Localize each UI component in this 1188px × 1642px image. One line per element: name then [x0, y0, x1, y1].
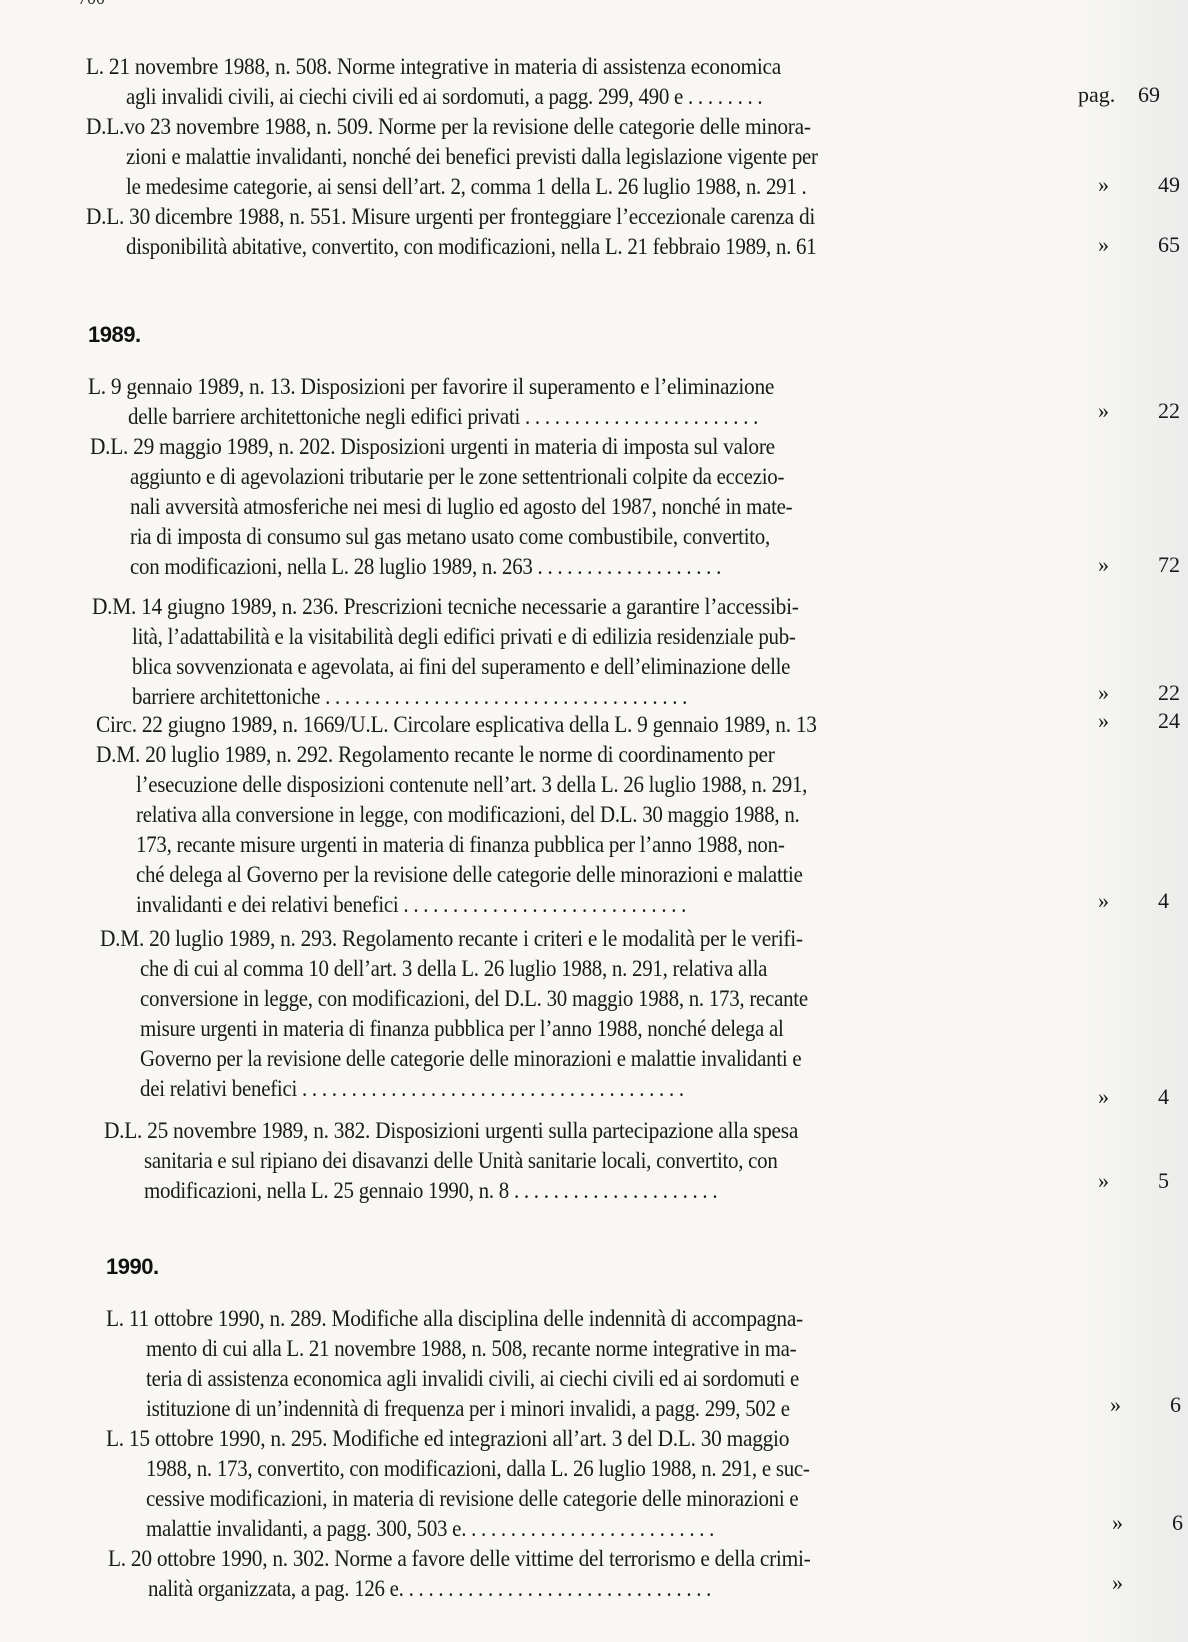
entry-line: D.L.vo 23 novembre 1988, n. 509. Norme p… — [86, 112, 1016, 142]
entry-line: dei relativi benefici . . . . . . . . . … — [100, 1074, 1010, 1104]
entry-line: D.M. 14 giugno 1989, n. 236. Prescrizion… — [92, 592, 1022, 622]
page-number: 700 — [78, 0, 105, 9]
entry-line: D.L. 29 maggio 1989, n. 202. Disposizion… — [90, 432, 1020, 462]
entry-line: L. 11 ottobre 1990, n. 289. Modifiche al… — [106, 1304, 1036, 1334]
index-entry: D.L. 29 maggio 1989, n. 202. Disposizion… — [90, 432, 1090, 582]
ref-mark: » — [1098, 708, 1158, 734]
ref-page: 65 — [1158, 232, 1180, 258]
index-entry: L. 9 gennaio 1989, n. 13. Disposizioni p… — [88, 372, 1088, 432]
index-entry: L. 20 ottobre 1990, n. 302. Norme a favo… — [108, 1544, 1108, 1604]
ref-mark: » — [1112, 1570, 1172, 1596]
entry-line: sanitaria e sul ripiano dei disavanzi de… — [104, 1146, 1014, 1176]
page-reference: »5 — [1098, 1168, 1169, 1194]
page-reference: »24 — [1098, 708, 1180, 734]
ref-page: 5 — [1158, 1168, 1169, 1194]
entry-line: Circ. 22 giugno 1989, n. 1669/U.L. Circo… — [96, 710, 1026, 740]
entry-line: zioni e malattie invalidanti, nonché dei… — [86, 142, 996, 172]
entry-line: D.M. 20 luglio 1989, n. 293. Regolamento… — [100, 924, 1030, 954]
page-reference: »6 — [1110, 1392, 1181, 1418]
entry-line: L. 9 gennaio 1989, n. 13. Disposizioni p… — [88, 372, 1018, 402]
section-heading-1989: 1989. — [88, 322, 141, 348]
entry-line: conversione in legge, con modificazioni,… — [100, 984, 1010, 1014]
entry-line: malattie invalidanti, a pagg. 300, 503 e… — [106, 1514, 1016, 1544]
entry-line: 1988, n. 173, convertito, con modificazi… — [106, 1454, 1016, 1484]
entry-line: che di cui al comma 10 dell’art. 3 della… — [100, 954, 1010, 984]
ref-page: 6 — [1170, 1392, 1181, 1418]
entry-line: D.L. 30 dicembre 1988, n. 551. Misure ur… — [86, 202, 1016, 232]
page-reference: »4 — [1098, 888, 1169, 914]
entry-line: blica sovvenzionata e agevolata, ai fini… — [92, 652, 1002, 682]
entry-line: relativa alla conversione in legge, con … — [96, 800, 1006, 830]
entry-line: D.L. 25 novembre 1989, n. 382. Disposizi… — [104, 1116, 1034, 1146]
ref-mark: » — [1098, 172, 1158, 198]
entry-line: delle barriere architettoniche negli edi… — [88, 402, 998, 432]
ref-mark: » — [1112, 1510, 1172, 1536]
ref-mark: pag. — [1078, 82, 1138, 108]
page-reference: »22 — [1098, 680, 1180, 706]
entry-line: L. 15 ottobre 1990, n. 295. Modifiche ed… — [106, 1424, 1036, 1454]
entry-line: barriere architettoniche . . . . . . . .… — [92, 682, 1002, 712]
entry-line: invalidanti e dei relativi benefici . . … — [96, 890, 1006, 920]
page-reference: » — [1112, 1570, 1172, 1596]
entry-line: nalità organizzata, a pag. 126 e. . . . … — [108, 1574, 1018, 1604]
ref-page: 69 — [1138, 82, 1160, 108]
ref-mark: » — [1098, 1168, 1158, 1194]
ref-mark: » — [1098, 680, 1158, 706]
entry-line: nali avversità atmosferiche nei mesi di … — [90, 492, 1000, 522]
ref-page: 22 — [1158, 398, 1180, 424]
entry-line: misure urgenti in materia di finanza pub… — [100, 1014, 1010, 1044]
page-reference: »72 — [1098, 552, 1180, 578]
index-entry: D.M. 20 luglio 1989, n. 293. Regolamento… — [100, 924, 1100, 1104]
entry-line: lità, l’adattabilità e la visitabilità d… — [92, 622, 1002, 652]
ref-mark: » — [1098, 1084, 1158, 1110]
entry-line: cessive modificazioni, in materia di rev… — [106, 1484, 1016, 1514]
entry-line: aggiunto e di agevolazioni tributarie pe… — [90, 462, 1000, 492]
entry-line: L. 21 novembre 1988, n. 508. Norme integ… — [86, 52, 1016, 82]
index-entry: L. 11 ottobre 1990, n. 289. Modifiche al… — [106, 1304, 1106, 1424]
entry-line: ria di imposta di consumo sul gas metano… — [90, 522, 1000, 552]
ref-mark: » — [1110, 1392, 1170, 1418]
ref-page: 4 — [1158, 1084, 1169, 1110]
page-reference: »22 — [1098, 398, 1180, 424]
ref-page: 49 — [1158, 172, 1180, 198]
entry-line: disponibilità abitative, convertito, con… — [86, 232, 996, 262]
index-entry: D.L. 30 dicembre 1988, n. 551. Misure ur… — [86, 202, 1086, 262]
entry-line: D.M. 20 luglio 1989, n. 292. Regolamento… — [96, 740, 1026, 770]
ref-page: 22 — [1158, 680, 1180, 706]
index-entry: D.M. 14 giugno 1989, n. 236. Prescrizion… — [92, 592, 1092, 712]
page-reference: »4 — [1098, 1084, 1169, 1110]
page-reference: pag.69 — [1078, 82, 1160, 108]
entry-line: Governo per la revisione delle categorie… — [100, 1044, 1010, 1074]
index-entry: D.L.vo 23 novembre 1988, n. 509. Norme p… — [86, 112, 1086, 202]
entry-line: le medesime categorie, ai sensi dell’art… — [86, 172, 996, 202]
entry-line: ché delega al Governo per la revisione d… — [96, 860, 1006, 890]
index-entry: Circ. 22 giugno 1989, n. 1669/U.L. Circo… — [96, 710, 1096, 740]
ref-page: 6 — [1172, 1510, 1183, 1536]
entry-line: agli invalidi civili, ai ciechi civili e… — [86, 82, 996, 112]
index-entry: D.L. 25 novembre 1989, n. 382. Disposizi… — [104, 1116, 1104, 1206]
section-heading-1990: 1990. — [106, 1254, 159, 1280]
index-entry: L. 21 novembre 1988, n. 508. Norme integ… — [86, 52, 1086, 112]
page-reference: »65 — [1098, 232, 1180, 258]
entry-line: con modificazioni, nella L. 28 luglio 19… — [90, 552, 1000, 582]
ref-mark: » — [1098, 888, 1158, 914]
page-reference: »6 — [1112, 1510, 1183, 1536]
entry-line: 173, recante misure urgenti in materia d… — [96, 830, 1006, 860]
ref-mark: » — [1098, 232, 1158, 258]
ref-mark: » — [1098, 552, 1158, 578]
entry-line: modificazioni, nella L. 25 gennaio 1990,… — [104, 1176, 1014, 1206]
page-reference: »49 — [1098, 172, 1180, 198]
entry-line: mento di cui alla L. 21 novembre 1988, n… — [106, 1334, 1016, 1364]
entry-line: istituzione di un’indennità di frequenza… — [106, 1394, 1016, 1424]
entry-line: L. 20 ottobre 1990, n. 302. Norme a favo… — [108, 1544, 1038, 1574]
entry-line: l’esecuzione delle disposizioni contenut… — [96, 770, 1006, 800]
ref-page: 24 — [1158, 708, 1180, 734]
index-entry: D.M. 20 luglio 1989, n. 292. Regolamento… — [96, 740, 1096, 920]
ref-mark: » — [1098, 398, 1158, 424]
entry-line: teria di assistenza economica agli inval… — [106, 1364, 1016, 1394]
ref-page: 72 — [1158, 552, 1180, 578]
ref-page: 4 — [1158, 888, 1169, 914]
index-entry: L. 15 ottobre 1990, n. 295. Modifiche ed… — [106, 1424, 1106, 1544]
